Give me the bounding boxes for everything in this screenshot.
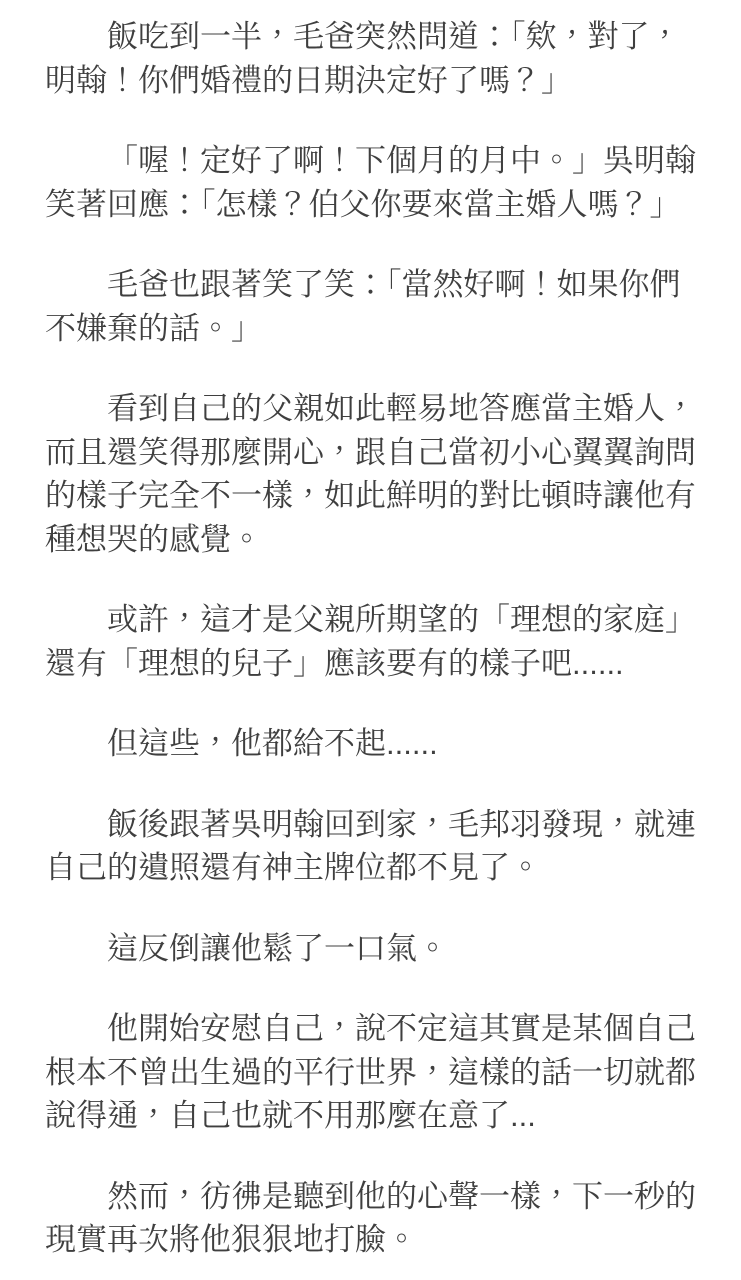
paragraph: 飯吃到一半，毛爸突然問道：「欸，對了，明翰！你們婚禮的日期決定好了嗎？」 <box>45 15 696 102</box>
paragraph: 他開始安慰自己，說不定這其實是某個自己根本不曾出生過的平行世界，這樣的話一切就都… <box>45 1007 696 1138</box>
paragraph: 或許，這才是父親所期望的「理想的家庭」還有「理想的兒子」應該要有的樣子吧....… <box>45 598 696 685</box>
paragraph: 飯後跟著吳明翰回到家，毛邦羽發現，就連自己的遺照還有神主牌位都不見了。 <box>45 803 696 890</box>
paragraph: 這反倒讓他鬆了一口氣。 <box>45 927 696 971</box>
paragraph: 然而，彷彿是聽到他的心聲一樣，下一秒的現實再次將他狠狠地打臉。 <box>45 1175 696 1262</box>
novel-text-page: 飯吃到一半，毛爸突然問道：「欸，對了，明翰！你們婚禮的日期決定好了嗎？」 「喔！… <box>0 0 741 1280</box>
paragraph: 「喔！定好了啊！下個月的月中。」吳明翰笑著回應：「怎樣？伯父你要來當主婚人嗎？」 <box>45 139 696 226</box>
paragraph: 毛爸也跟著笑了笑：「當然好啊！如果你們不嫌棄的話。」 <box>45 263 696 350</box>
paragraph: 但這些，他都給不起...... <box>45 722 696 766</box>
paragraph: 看到自己的父親如此輕易地答應當主婚人，而且還笑得那麼開心，跟自己當初小心翼翼詢問… <box>45 387 696 561</box>
